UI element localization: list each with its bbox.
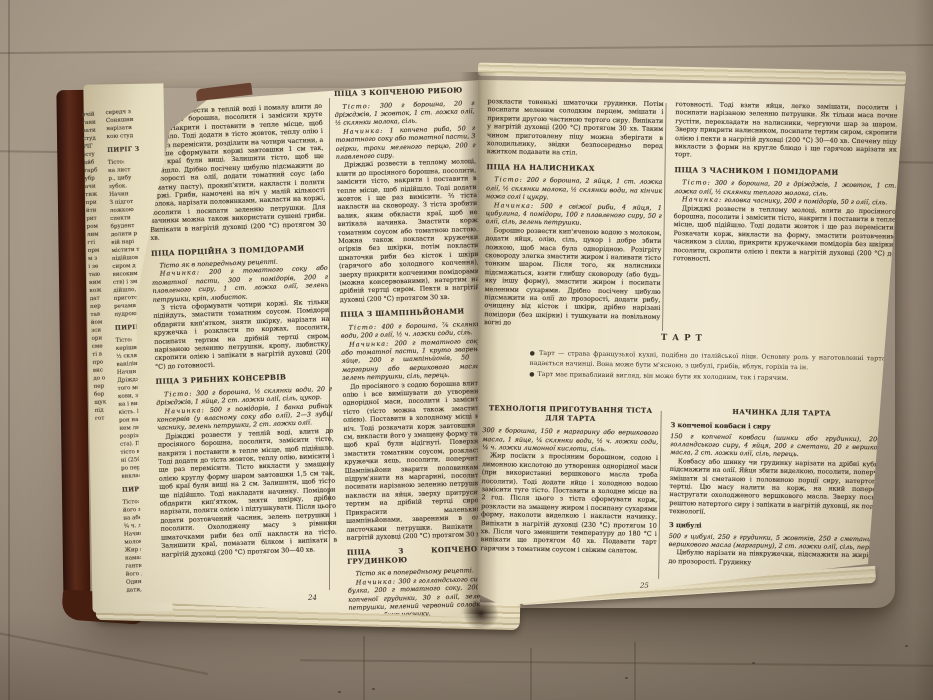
recipe-heading: ПІЦА НА НАЛИСНИКАХ <box>486 163 662 174</box>
tart-fillings-column: НАЧИНКА ДЛЯ ТАРТА З копченої ковбаси і с… <box>668 407 892 569</box>
filling-label: Начинка: <box>682 195 722 204</box>
filling-variant-heading: З цибулі <box>669 521 891 532</box>
bullet-text: Тарт має привабливий вигляд, він може бу… <box>537 370 788 382</box>
tart-technology-heading: ТЕХНОЛОГІЯ ПРИГОТУВАННЯ ТІСТА ДЛЯ ТАРТА <box>483 404 659 424</box>
bullet-icon: ● <box>529 371 534 378</box>
recipe-body: Борошно розвести кип'яченою водою з моло… <box>484 226 662 330</box>
dough-label: Тісто: <box>682 179 711 187</box>
paragraph: розкласти тоненькі шматочки грудинки. По… <box>487 97 664 159</box>
recipe-body: Дріжджі розвести в теплому молоці, влити… <box>673 204 896 266</box>
dough-line: Тісто: 200 г борошна, 2 яйця, 1 ст. ложк… <box>486 175 662 203</box>
right-page-content: розкласти тоненькі шматочки грудинки. По… <box>470 74 908 615</box>
recipe-body: Дріжджі розвести у теплій воді, влити до… <box>157 426 337 558</box>
filling-label: Начинка: <box>494 201 534 210</box>
photo-open-cookbook: рчій гани вати студ РІГ істу айб гарб уб… <box>0 0 933 700</box>
page-number-left: 24 <box>308 594 317 602</box>
cardboard-seam-top <box>0 44 933 54</box>
right-page: розкласти тоненькі шматочки грудинки. По… <box>478 74 908 608</box>
recipe-heading: ПІЦА З ЧАСНИКОМ І ПОМІДОРАМИ <box>674 166 896 178</box>
right-page-column-2: готовності. Тоді взяти яйця, легко заміш… <box>673 100 898 266</box>
left-page-column-1: Дріжджі розвести в теплій воді і помалу … <box>146 102 338 559</box>
filling-variant-ingredients: 150 г копченої ковбаси (шинки або грудин… <box>670 432 892 461</box>
bottom-shading <box>0 610 933 700</box>
tart-dough-ingredients: 300 г борошна, 150 г маргарину або вершк… <box>482 426 658 454</box>
dough-label: Тісто: <box>342 101 371 110</box>
tart-bullet-2: ●Тарт має привабливий вигляд, він може б… <box>529 370 885 385</box>
page-number-right: 25 <box>640 582 649 590</box>
fragment-text: середч з Соняшни нарізати кою студ <box>105 107 156 141</box>
recipe-body: Дріжджі розвести в теплому молоці, влити… <box>336 157 480 304</box>
bullet-text: Тарт — страва французької кухні, подібна… <box>529 349 885 371</box>
filling-line: Начинка: 1 копчена риба, 50 г томатного … <box>335 124 476 162</box>
tart-intro-bullets: ●Тарт — страва французької кухні, подібн… <box>529 349 885 388</box>
tart-technology-column: ТЕХНОЛОГІЯ ПРИГОТУВАННЯ ТІСТА ДЛЯ ТАРТА … <box>480 404 658 555</box>
cardboard-edge-shade <box>914 0 933 700</box>
dough-label: Тісто: <box>494 176 523 184</box>
filling-variant-heading: З копченої ковбаси і сиру <box>670 421 892 432</box>
filling-line: Начинка: 500 г свіжої риби, 4 яйця, 1 ци… <box>486 201 662 229</box>
bullet-icon: ● <box>530 350 537 357</box>
cardboard-crack-left <box>8 0 10 700</box>
tart-section-title: ТАРТ <box>474 330 894 347</box>
tart-fillings-heading: НАЧИНКА ДЛЯ ТАРТА <box>671 407 893 419</box>
right-page-column-rule-bottom <box>658 411 662 579</box>
paragraph: готовності. Тоді взяти яйця, легко заміш… <box>675 100 898 162</box>
book-gutter-shadow <box>460 72 498 614</box>
left-page: Дріжджі розвести в теплій воді і помалу … <box>130 74 480 622</box>
right-page-column-1: розкласти тоненькі шматочки грудинки. По… <box>484 97 664 329</box>
dough-line: Тісто: 300 г борошна, 20 г дріжджів, 1 ж… <box>334 99 475 128</box>
fragment-heading: ПИРІГ З <box>107 145 157 155</box>
tart-technology-body: Жир посікти з просіяним борошном, содою … <box>480 452 658 556</box>
tart-bullet-1: ●Тарт — страва французької кухні, подібн… <box>529 349 885 373</box>
filling-variant-body: Ковбасу або шинку чи грудинку нарізати н… <box>669 457 892 519</box>
recipe-body: З тіста сформувати чотири коржі. Як тіль… <box>153 298 331 371</box>
